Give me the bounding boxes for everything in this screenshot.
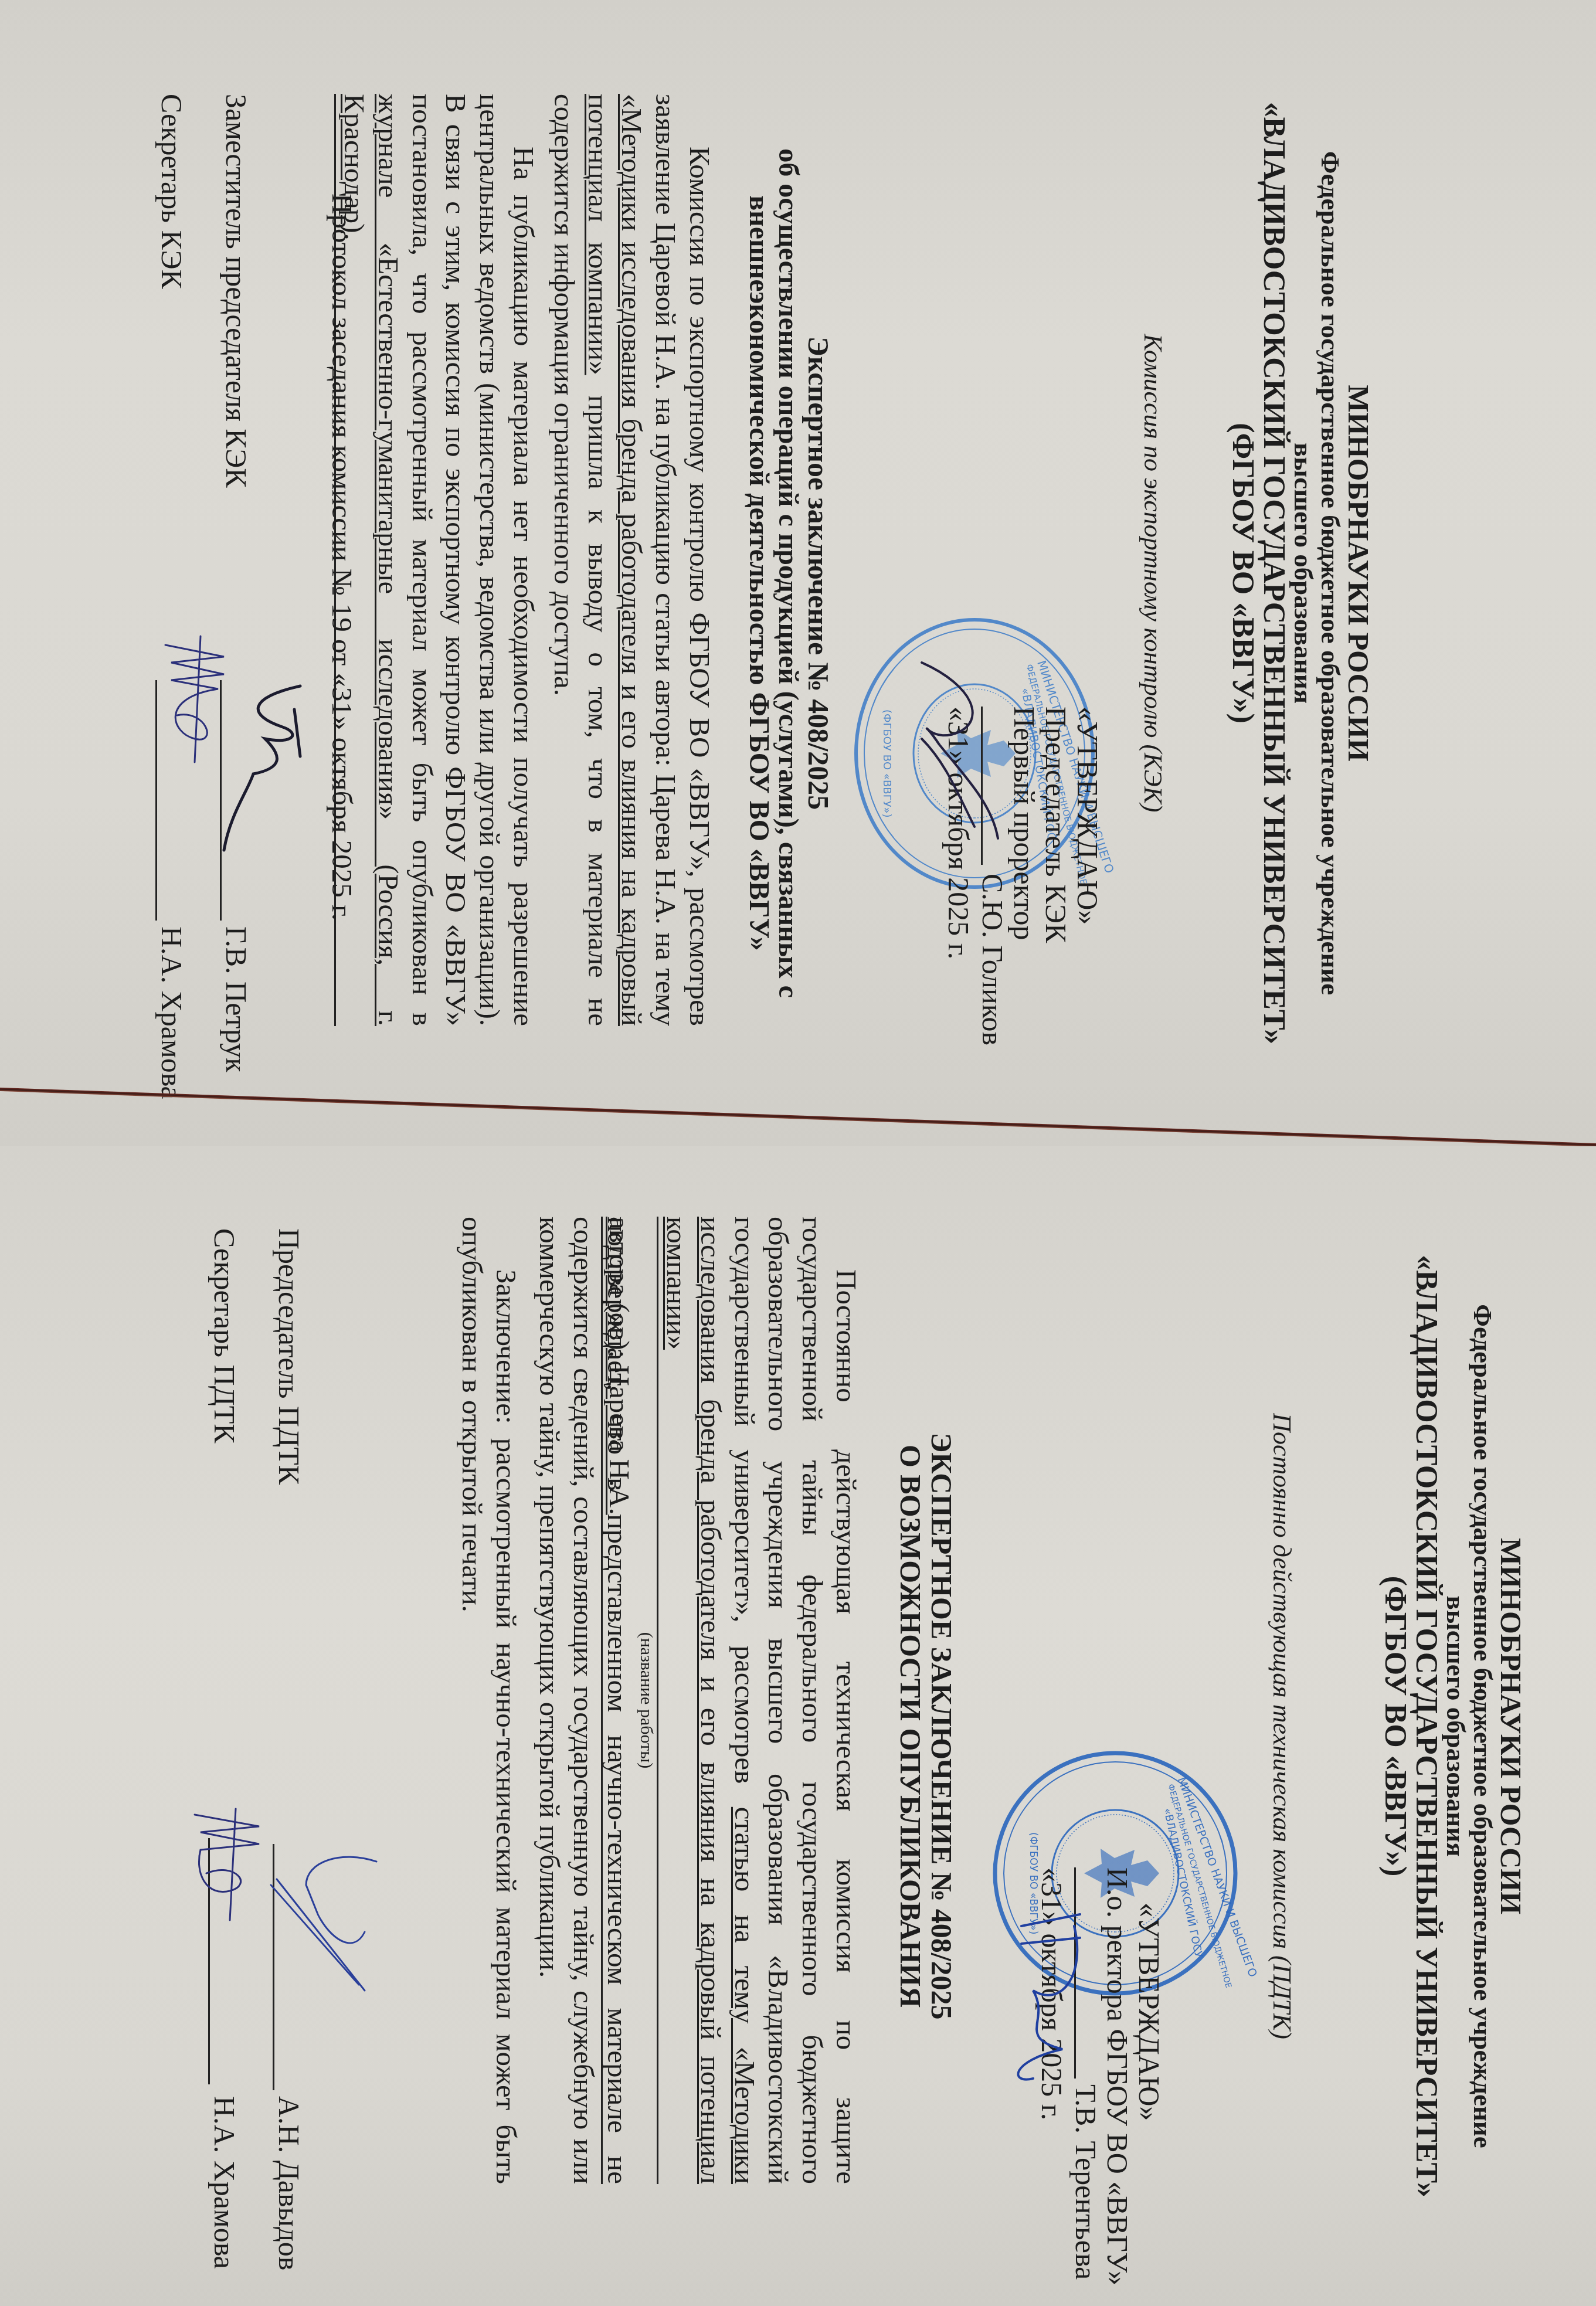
signature-row: Секретарь ПДТК Н.А. Храмова [201, 1228, 242, 2237]
conclusion-number: Экспертное заключение № 408/2025 [803, 88, 834, 1058]
university-name: «ВЛАДИВОСТОКСКИЙ ГОСУДАРСТВЕННЫЙ УНИВЕРС… [1411, 1181, 1442, 2271]
page2-conclusion: Заключение: рассмотренный научно-техниче… [455, 1217, 523, 2184]
university-name: «ВЛАДИВОСТОКСКИЙ ГОСУДАРСТВЕННЫЙ УНИВЕРС… [1258, 47, 1289, 1099]
approver-name: Т.В. Терентьева [1070, 2084, 1102, 2280]
conclusion-subject-1: об осуществлении операций с продукцией (… [773, 88, 803, 1058]
org-level-line: высшего образования [1289, 47, 1316, 1099]
approver-signature [904, 651, 1010, 850]
signatory-role: Секретарь ПДТК [208, 1228, 241, 1444]
conclusion-subject-2: внешнеэкономической деятельностью ФГБОУ … [744, 88, 773, 1058]
protocol-line: Протокол заседания комиссии № 19 от «31»… [325, 193, 359, 921]
signatory-name: А.Н. Давыдов [272, 2096, 306, 2270]
signatory-role: Секретарь КЭК [155, 94, 188, 289]
committee-name: Постоянно действующая техническая комисс… [1267, 1181, 1297, 2271]
photo-stage: МИНОБРНАУКИ РОССИИ Федеральное государст… [0, 0, 1596, 2306]
approver-signature [992, 1903, 1098, 2096]
org-level-line: высшего образования [1442, 1181, 1469, 2271]
page2-letterhead: МИНОБРНАУКИ РОССИИ Федеральное государст… [1380, 1181, 1526, 2271]
conclusion-subject: О ВОЗМОЖНОСТИ ОПУБЛИКОВАНИЯ [895, 1205, 926, 2247]
signature-khramova [148, 633, 236, 809]
svg-text:(ФГБОУ ВО «ВВГУ»): (ФГБОУ ВО «ВВГУ») [881, 709, 893, 818]
page1-title: Экспертное заключение № 408/2025 об осущ… [744, 88, 834, 1058]
signatory-name: Н.А. Храмова [155, 926, 189, 1099]
approval-heading: «УТВЕРЖДАЮ» [1072, 707, 1103, 1129]
document-page-export-control: МИНОБРНАУКИ РОССИИ Федеральное государст… [0, 0, 1596, 1146]
p2-lead: На публикацию материала нет необходимост… [406, 94, 540, 1026]
page2-paragraph-1: Постоянно действующая техническая комисс… [602, 1217, 863, 2184]
document-page-publication-approval: МИНОБРНАУКИ РОССИИ Федеральное государст… [0, 1146, 1596, 2306]
page1-paragraph-1: Комиссия по экспортному контролю ФГБОУ В… [547, 94, 716, 1026]
conclusion-text: Заключение: рассмотренный научно-техниче… [456, 1217, 522, 2184]
university-abbr: (ФГБОУ ВО «ВВГУ») [1227, 47, 1258, 1099]
signatory-role: Заместитель председателя КЭК [220, 94, 253, 488]
approver-role-1: И.о. ректора ФГБОУ ВО «ВВГУ» [1102, 1867, 1133, 2301]
page2-title: ЭКСПЕРТНОЕ ЗАКЛЮЧЕНИЕ № 408/2025 О ВОЗМО… [895, 1205, 957, 2247]
ministry-name: МИНОБРНАУКИ РОССИИ [1343, 47, 1373, 1099]
p1-lead: Комиссия по экспортному контролю ФГБОУ В… [650, 94, 716, 1026]
approver-role-1: Председатель КЭК [1040, 707, 1072, 1129]
approver-role-2: Первый проректор [1008, 707, 1040, 1129]
approval-heading: «УТВЕРЖДАЮ» [1133, 1867, 1165, 2301]
work-title-caption: (название работы) [636, 1217, 657, 2184]
signature-khramova [177, 1803, 277, 1967]
university-abbr: (ФГБОУ ВО «ВВГУ») [1380, 1181, 1411, 2271]
signatory-name: Г.В. Петрук [219, 926, 253, 1072]
conclusion-number: ЭКСПЕРТНОЕ ЗАКЛЮЧЕНИЕ № 408/2025 [926, 1205, 957, 2247]
signature-row: Заместитель председателя КЭК Г.В. Петрук [212, 94, 253, 1055]
signature-row: Секретарь КЭК Н.А. Храмова [148, 94, 189, 1055]
page1-letterhead: МИНОБРНАУКИ РОССИИ Федеральное государст… [1227, 47, 1373, 1099]
approver-name: С.Ю. Голиков [977, 874, 1008, 1045]
org-type-line: Федеральное государственное бюджетное об… [1316, 47, 1343, 1099]
signature-row: Председатель ПДТК А.Н. Давыдов [265, 1228, 306, 2237]
page1-paragraph-2: На публикацию материала нет необходимост… [334, 94, 541, 1026]
committee-name: Комиссия по экспортному контролю (КЭК) [1138, 47, 1168, 1099]
signatory-name: Н.А. Храмова [208, 2096, 242, 2269]
ministry-name: МИНОБРНАУКИ РОССИИ [1496, 1181, 1526, 2271]
org-type-line: Федеральное государственное бюджетное об… [1469, 1181, 1496, 2271]
signatory-role: Председатель ПДТК [273, 1228, 305, 1485]
page2-paragraph-2: подтверждает, что в представленном научн… [533, 1217, 634, 2184]
title-underline [657, 1217, 658, 2184]
